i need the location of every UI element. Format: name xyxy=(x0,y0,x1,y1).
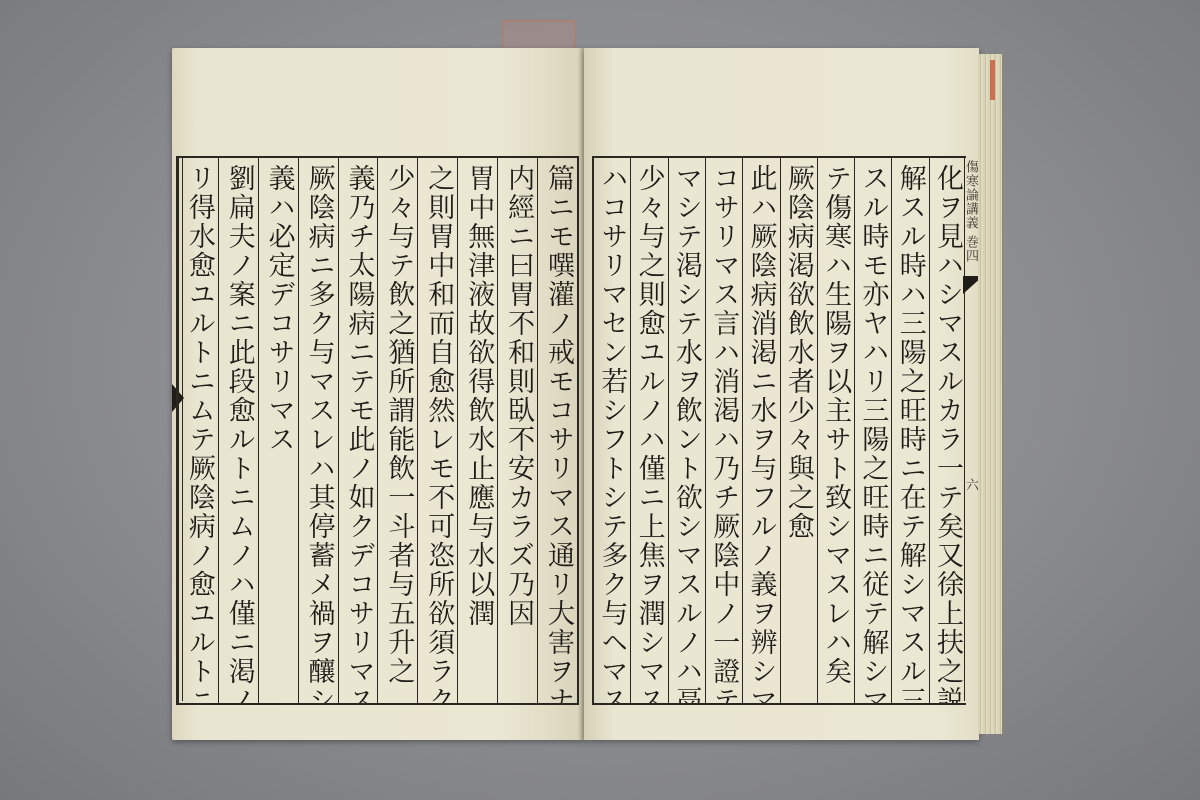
right-page-text-frame: 化ヲ見ハシマスルカラ一テ矣又徐上扶之説ニ三陽ノ 解スル時ハ三陽之旺時ニ在テ解シマ… xyxy=(592,156,966,705)
left-page-columns: 篇ニモ噀灌ノ戒モコサリマス通リ大害ヲナシマスル 内經ニ曰胃不和則臥不安カラズ乃因… xyxy=(179,158,577,703)
open-book: 篇ニモ噀灌ノ戒モコサリマス通リ大害ヲナシマスル 内經ニ曰胃不和則臥不安カラズ乃因… xyxy=(172,48,1002,743)
text-column: リ得水愈ユルトニムテ厥陰病ノ愈ユルトニムノテハゴ xyxy=(179,158,218,703)
red-edge-mark xyxy=(990,60,995,100)
text-column: スル時モ亦ヤハリ三陽之旺時ニ従テ解シマスル總 xyxy=(854,158,891,703)
text-column: テ傷寒ハ生陽ヲ以主サト致シマスレハ矣 xyxy=(817,158,854,703)
text-column: ハコサリマセン若シフトシテ多ク与ヘマスレハ則大陽之 xyxy=(594,158,630,703)
text-column: 篇ニモ噀灌ノ戒モコサリマス通リ大害ヲナシマスル xyxy=(537,158,577,703)
text-column: 少々与テ飲之猶所謂能飲一斗者与五升之 xyxy=(377,158,417,703)
text-column: 内經ニ曰胃不和則臥不安カラズ乃因 xyxy=(497,158,537,703)
text-column: 少々与之則愈ユルノハ僅ニ上焦ヲ潤シマスルニ妨 xyxy=(630,158,667,703)
text-column: マシテ渇シテ水ヲ飲ント欲シマスルノハ鬲熱ノ故テ矣 xyxy=(668,158,705,703)
text-column: 此ハ厥陰病消渇ニ水ヲ与フルノ義ヲ辨シマシタ條 xyxy=(742,158,779,703)
text-column: 義乃チ太陽病ニテモ此ノ如クデコサリマス況ヤ xyxy=(338,158,378,703)
left-page-text-frame: 篇ニモ噀灌ノ戒モコサリマス通リ大害ヲナシマスル 内經ニ曰胃不和則臥不安カラズ乃因… xyxy=(176,156,579,705)
text-column: 之則胃中和而自愈然レモ不可恣所欲須ラク xyxy=(417,158,457,703)
right-page-columns: 化ヲ見ハシマスルカラ一テ矣又徐上扶之説ニ三陽ノ 解スル時ハ三陽之旺時ニ在テ解シマ… xyxy=(594,158,966,703)
text-column: 解スル時ハ三陽之旺時ニ在テ解シマスル三陰之解 xyxy=(891,158,928,703)
text-column: 義ハ必定デコサリマス xyxy=(258,158,298,703)
text-column: 劉扁夫ノ案ニ此段愈ルトニムノハ僅ニ渇ノ一證サ xyxy=(218,158,258,703)
page-stack-edge xyxy=(978,54,1003,734)
text-column: 胃中無津液故欲得飲水止應与水以潤 xyxy=(457,158,497,703)
text-column: コサリマス言ハ消渇ハ乃チ厥陰中ノ一證テ弁リ xyxy=(705,158,742,703)
left-page: 篇ニモ噀灌ノ戒モコサリマス通リ大害ヲナシマスル 内經ニ曰胃不和則臥不安カラズ乃因… xyxy=(172,48,584,740)
text-column: 厥陰病ニ多ク与マスレハ其停蓄メ禍ヲ釀シマスル xyxy=(298,158,338,703)
text-column: 厥陰病渇欲飲水者少々與之愈 xyxy=(780,158,817,703)
